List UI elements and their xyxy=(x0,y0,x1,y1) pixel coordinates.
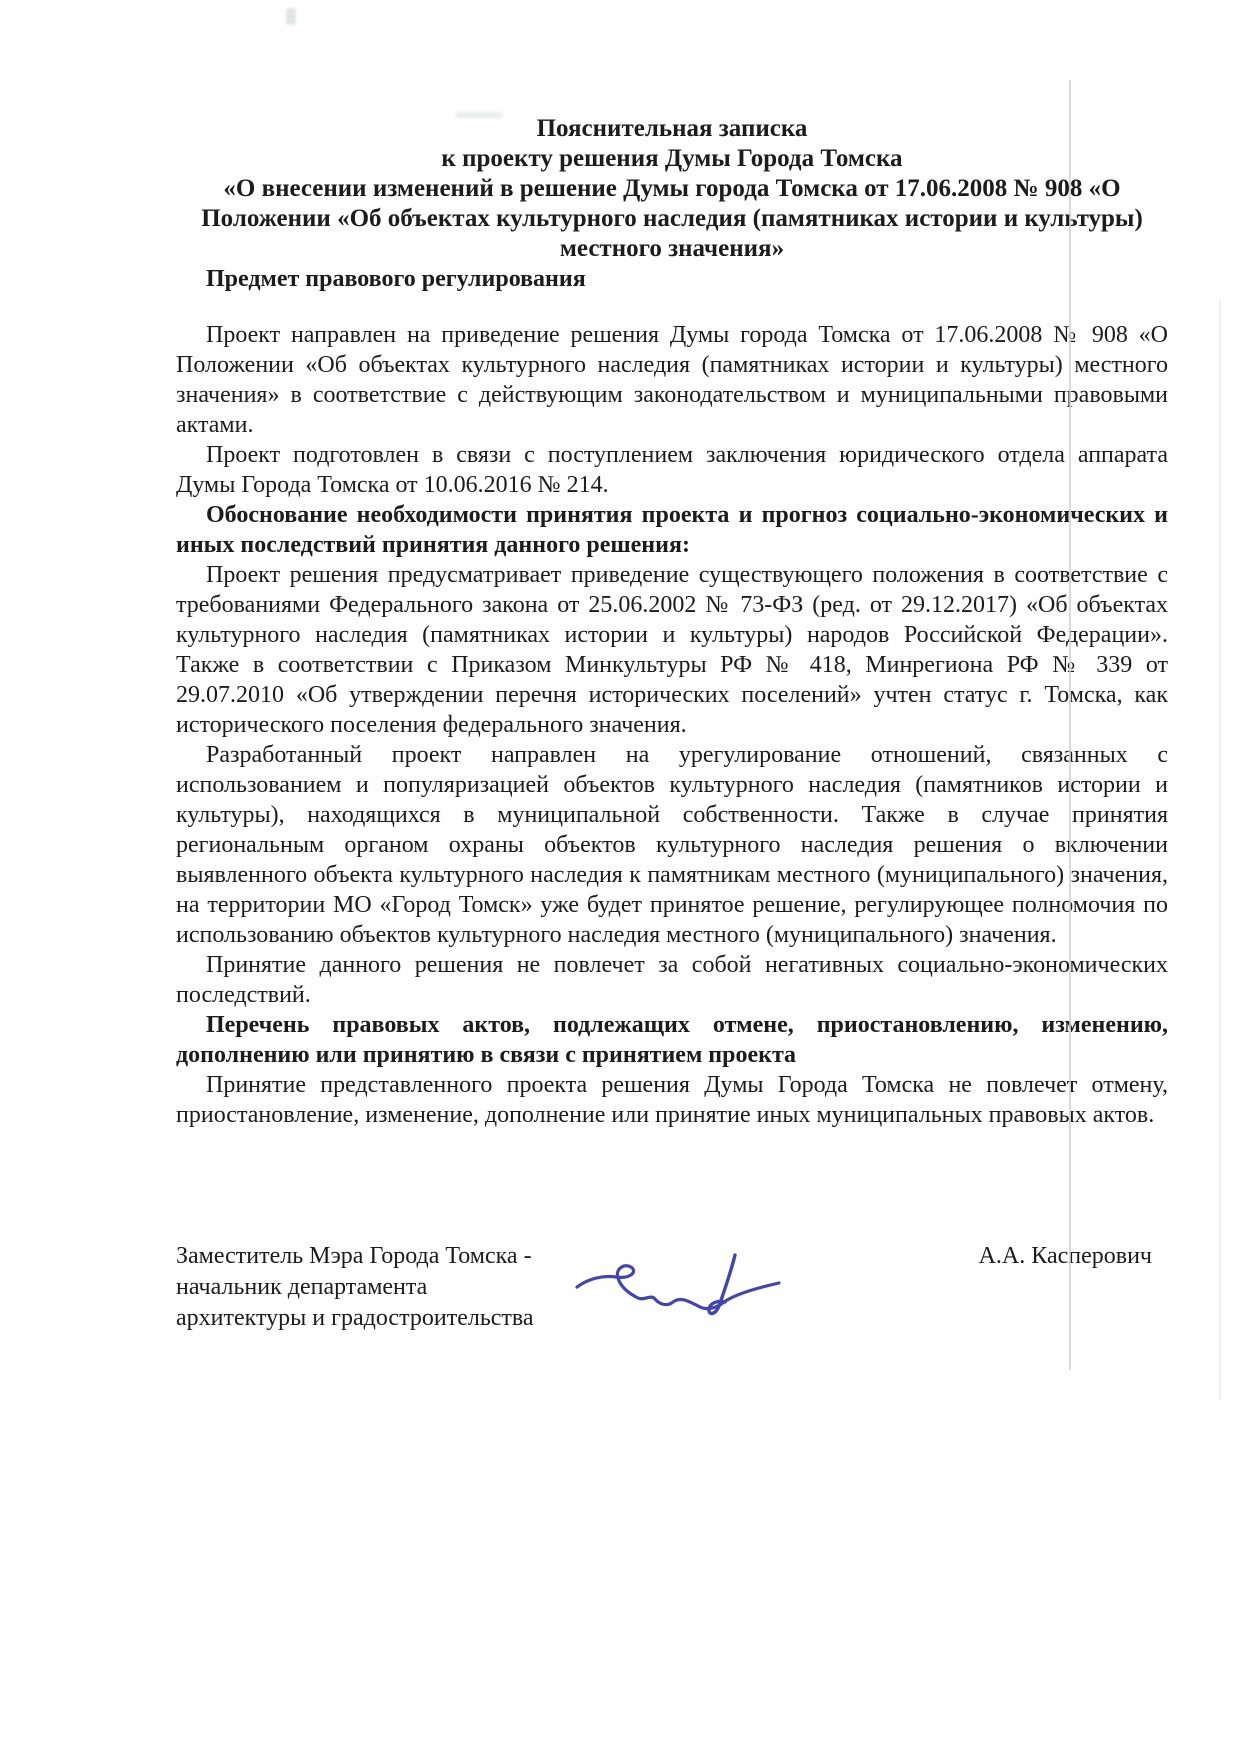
section-heading-acts-list: Перечень правовых актов, подлежащих отме… xyxy=(176,1010,1168,1070)
paragraph-regulation-scope: Разработанный проект направлен на урегул… xyxy=(176,740,1168,950)
scan-artifact-smudge xyxy=(455,112,503,118)
document-title-line-2: к проекту решения Думы Города Томска xyxy=(176,144,1168,174)
paragraph-federal-law: Проект решения предусматривает приведени… xyxy=(176,560,1168,740)
paragraph-no-negative-consequences: Принятие данного решения не повлечет за … xyxy=(176,950,1168,1010)
paragraph-project-purpose: Проект направлен на приведение решения Д… xyxy=(176,320,1168,440)
document-title-line-3: «О внесении изменений в решение Думы гор… xyxy=(176,174,1168,204)
scan-artifact-smudge-top xyxy=(286,8,296,25)
paragraph-legal-opinion: Проект подготовлен в связи с поступление… xyxy=(176,440,1168,500)
scanned-document-page: Пояснительная записка к проекту решения … xyxy=(0,0,1240,1753)
paragraph-no-other-acts: Принятие представленного проекта решения… xyxy=(176,1070,1168,1130)
section-heading-justification: Обоснование необходимости принятия проек… xyxy=(176,500,1168,560)
section-heading-subject: Предмет правового регулирования xyxy=(176,264,1168,294)
scan-artifact-vertical-line-faint xyxy=(1219,300,1221,1400)
document-title-line-4: Положении «Об объектах культурного насле… xyxy=(176,204,1168,234)
document-title-line-1: Пояснительная записка xyxy=(176,114,1168,144)
scan-artifact-vertical-line xyxy=(1069,80,1071,1370)
signatory-position: Заместитель Мэра Города Томска - начальн… xyxy=(176,1241,534,1334)
handwritten-signature-ink xyxy=(572,1249,784,1325)
document-body: Пояснительная записка к проекту решения … xyxy=(176,114,1168,1130)
signatory-name: А.А. Касперович xyxy=(979,1241,1152,1272)
document-title-line-5: местного значения» xyxy=(176,234,1168,264)
